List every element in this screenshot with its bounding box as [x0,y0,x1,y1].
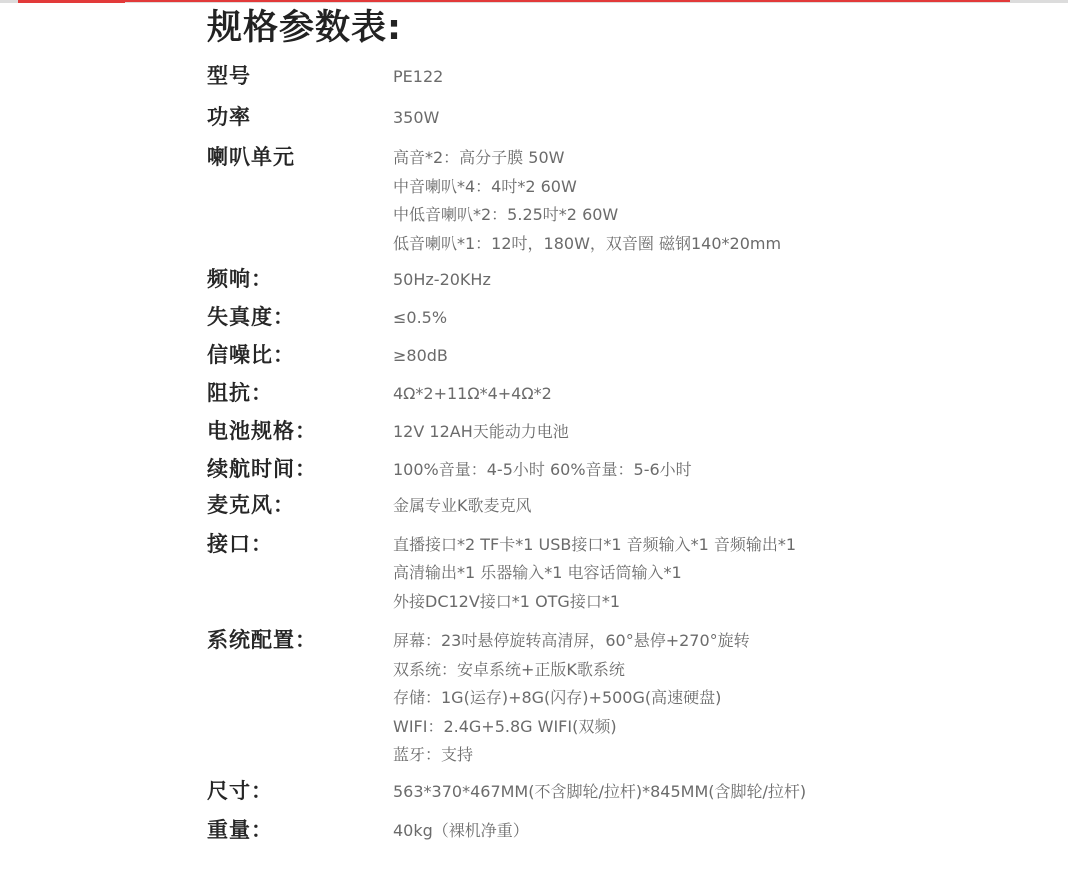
spec-values: 100%音量：4-5小时 60%音量：5-6小时 [393,455,1007,485]
spec-value: 中低音喇叭*2：5.25吋*2 60W [393,201,1007,230]
spec-row: 型号PE122 [207,62,1007,92]
spec-label: 系统配置： [207,626,393,654]
spec-value: 存储：1G(运存)+8G(闪存)+500G(高速硬盘) [393,684,1007,713]
spec-row: 接口：直播接口*2 TF卡*1 USB接口*1 音频输入*1 音频输出*1高清输… [207,530,1007,617]
spec-label: 重量： [207,816,393,844]
spec-value: 低音喇叭*1：12吋，180W，双音圈 磁钢140*20mm [393,230,1007,259]
spec-row: 尺寸：563*370*467MM(不含脚轮/拉杆)*845MM(含脚轮/拉杆) [207,777,1007,807]
spec-label: 尺寸： [207,777,393,805]
spec-value: 12V 12AH天能动力电池 [393,418,1007,447]
spec-value: PE122 [393,63,1007,92]
spec-row: 续航时间：100%音量：4-5小时 60%音量：5-6小时 [207,455,1007,485]
spec-label: 失真度： [207,303,393,331]
spec-row: 电池规格：12V 12AH天能动力电池 [207,417,1007,447]
spec-value: 40kg（裸机净重） [393,817,1007,846]
spec-row: 重量：40kg（裸机净重） [207,816,1007,846]
spec-label: 接口： [207,530,393,558]
spec-value: ≤0.5% [393,304,1007,333]
spec-row: 功率350W [207,103,1007,133]
spec-values: 金属专业K歌麦克风 [393,491,1007,521]
spec-value: 4Ω*2+11Ω*4+4Ω*2 [393,380,1007,409]
spec-label: 型号 [207,62,393,90]
spec-values: 4Ω*2+11Ω*4+4Ω*2 [393,379,1007,409]
spec-value: ≥80dB [393,342,1007,371]
spec-row: 麦克风：金属专业K歌麦克风 [207,491,1007,521]
spec-values: 350W [393,103,1007,133]
spec-label: 阻抗： [207,379,393,407]
spec-values: 40kg（裸机净重） [393,816,1007,846]
spec-label: 麦克风： [207,491,393,519]
spec-values: 50Hz-20KHz [393,265,1007,295]
spec-label: 频响： [207,265,393,293]
page-title: 规格参数表: [207,6,402,50]
spec-label: 功率 [207,103,393,131]
spec-value: 金属专业K歌麦克风 [393,492,1007,521]
spec-values: ≤0.5% [393,303,1007,333]
spec-values: 563*370*467MM(不含脚轮/拉杆)*845MM(含脚轮/拉杆) [393,777,1007,807]
spec-row: 系统配置：屏幕：23吋悬停旋转高清屏，60°悬停+270°旋转双系统：安卓系统+… [207,626,1007,770]
spec-label: 续航时间： [207,455,393,483]
spec-row: 喇叭单元高音*2：高分子膜 50W中音喇叭*4：4吋*2 60W中低音喇叭*2：… [207,143,1007,258]
spec-value: 蓝牙：支持 [393,741,1007,770]
spec-value: 双系统：安卓系统+正版K歌系统 [393,656,1007,685]
spec-label: 喇叭单元 [207,143,393,171]
spec-row: 失真度：≤0.5% [207,303,1007,333]
accent-line [18,0,1010,2]
spec-values: 高音*2：高分子膜 50W中音喇叭*4：4吋*2 60W中低音喇叭*2：5.25… [393,143,1007,258]
spec-value: 50Hz-20KHz [393,266,1007,295]
spec-row: 频响：50Hz-20KHz [207,265,1007,295]
spec-value: 屏幕：23吋悬停旋转高清屏，60°悬停+270°旋转 [393,627,1007,656]
spec-value: WIFI：2.4G+5.8G WIFI(双频) [393,713,1007,742]
spec-values: 屏幕：23吋悬停旋转高清屏，60°悬停+270°旋转双系统：安卓系统+正版K歌系… [393,626,1007,770]
spec-values: ≥80dB [393,341,1007,371]
spec-value: 高清输出*1 乐器输入*1 电容话筒输入*1 [393,559,1007,588]
spec-value: 外接DC12V接口*1 OTG接口*1 [393,588,1007,617]
accent-line-highlight [18,0,125,3]
spec-label: 电池规格： [207,417,393,445]
spec-value: 100%音量：4-5小时 60%音量：5-6小时 [393,456,1007,485]
top-accent-bar [0,0,1068,3]
spec-value: 直播接口*2 TF卡*1 USB接口*1 音频输入*1 音频输出*1 [393,531,1007,560]
spec-values: 12V 12AH天能动力电池 [393,417,1007,447]
spec-values: 直播接口*2 TF卡*1 USB接口*1 音频输入*1 音频输出*1高清输出*1… [393,530,1007,617]
spec-table: 型号PE122功率350W喇叭单元高音*2：高分子膜 50W中音喇叭*4：4吋*… [207,62,1007,846]
spec-values: PE122 [393,62,1007,92]
spec-row: 阻抗：4Ω*2+11Ω*4+4Ω*2 [207,379,1007,409]
spec-value: 350W [393,104,1007,133]
spec-value: 563*370*467MM(不含脚轮/拉杆)*845MM(含脚轮/拉杆) [393,778,1007,807]
spec-value: 中音喇叭*4：4吋*2 60W [393,173,1007,202]
spec-value: 高音*2：高分子膜 50W [393,144,1007,173]
spec-label: 信噪比： [207,341,393,369]
spec-row: 信噪比：≥80dB [207,341,1007,371]
